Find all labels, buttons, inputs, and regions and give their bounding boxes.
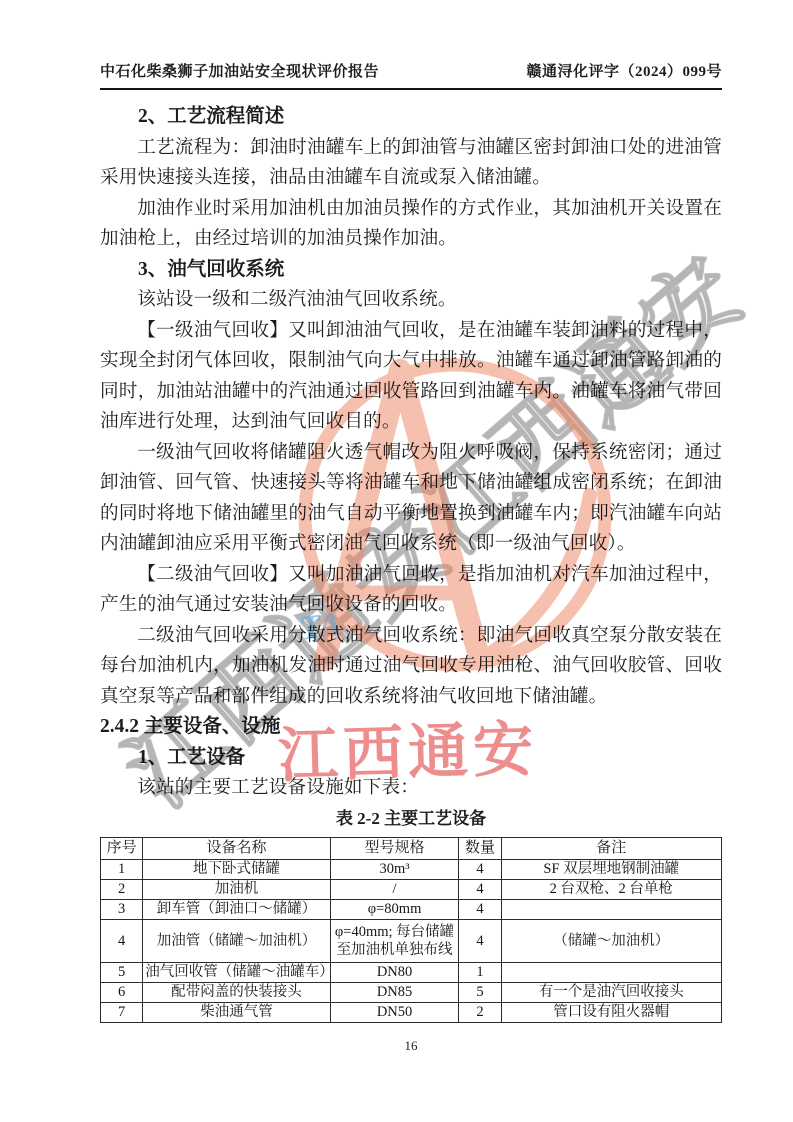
heading-main-equipment: 2.4.2 主要设备、设施 (100, 712, 722, 743)
table-cell: 5 (101, 963, 143, 983)
table-header-cell: 型号规格 (330, 838, 459, 860)
table-cell: 1 (101, 860, 143, 880)
paragraph-table-lead: 该站的主要工艺设备设施如下表： (100, 773, 722, 804)
table-cell: SF 双层埋地钢制油罐 (501, 860, 721, 880)
table-row: 6 配带闷盖的快装接头 DN85 5 有一个是油汽回收接头 (101, 983, 722, 1003)
equipment-table: 序号 设备名称 型号规格 数量 备注 1 地下卧式储罐 30m³ 4 SF 双层… (100, 837, 722, 1023)
paragraph-vapor-intro: 该站设一级和二级汽油油气回收系统。 (100, 285, 722, 316)
table-cell: DN85 (330, 983, 459, 1003)
table-cell: 2 台双枪、2 台单枪 (501, 880, 721, 900)
table-cell: 配带闷盖的快装接头 (143, 983, 331, 1003)
table-cell: DN80 (330, 963, 459, 983)
table-cell: φ=40mm; 每台储罐至加油机单独布线 (330, 920, 459, 963)
table-cell (501, 900, 721, 920)
table-cell: 加油管（储罐～加油机） (143, 920, 331, 963)
table-cell: 4 (101, 920, 143, 963)
paragraph-vapor-stage1-definition: 【一级油气回收】又叫卸油油气回收，是在油罐车装卸油料的过程中，实现全封闭气体回收… (100, 316, 722, 438)
paragraph-process-flow-2: 加油作业时采用加油机由加油员操作的方式作业，其加油机开关设置在加油枪上，由经过培… (100, 194, 722, 255)
table-cell: 地下卧式储罐 (143, 860, 331, 880)
table-cell: / (330, 880, 459, 900)
paragraph-vapor-stage2-definition: 【二级油气回收】又叫加油油气回收，是指加油机对汽车加油过程中，产生的油气通过安装… (100, 560, 722, 621)
table-row: 3 卸车管（卸油口～储罐） φ=80mm 4 (101, 900, 722, 920)
page-header: 中石化柴桑狮子加油站安全现状评价报告 赣通浔化评字（2024）099号 (100, 60, 722, 90)
table-row: 5 油气回收管（储罐～油罐车） DN80 1 (101, 963, 722, 983)
table-cell: 有一个是油汽回收接头 (501, 983, 721, 1003)
heading-process-flow: 2、工艺流程简述 (138, 102, 722, 133)
table-cell: 6 (101, 983, 143, 1003)
table-cell (501, 963, 721, 983)
document-page: 中石化柴桑狮子加油站安全现状评价报告 赣通浔化评字（2024）099号 2、工艺… (0, 0, 793, 1122)
table-cell: 4 (459, 920, 501, 963)
heading-process-equipment: 1、工艺设备 (138, 743, 722, 774)
table-cell: 4 (459, 900, 501, 920)
header-report-title: 中石化柴桑狮子加油站安全现状评价报告 (100, 60, 379, 81)
table-header-cell: 序号 (101, 838, 143, 860)
paragraph-process-flow-1: 工艺流程为：卸油时油罐车上的卸油管与油罐区密封卸油口处的进油管采用快速接头连接，… (100, 133, 722, 194)
table-cell: 5 (459, 983, 501, 1003)
table-cell: 1 (459, 963, 501, 983)
table-row: 2 加油机 / 4 2 台双枪、2 台单枪 (101, 880, 722, 900)
page-content: 中石化柴桑狮子加油站安全现状评价报告 赣通浔化评字（2024）099号 2、工艺… (100, 60, 722, 1054)
header-doc-number: 赣通浔化评字（2024）099号 (526, 60, 722, 81)
table-cell: 加油机 (143, 880, 331, 900)
table-row: 7 柴油通气管 DN50 2 管口设有阻火器帽 (101, 1003, 722, 1023)
table-header-cell: 设备名称 (143, 838, 331, 860)
table-cell: φ=80mm (330, 900, 459, 920)
page-number: 16 (100, 1038, 722, 1054)
paragraph-vapor-stage1-detail: 一级油气回收将储罐阻火透气帽改为阻火呼吸阀，保持系统密闭；通过卸油管、回气管、快… (100, 438, 722, 560)
table-cell: 油气回收管（储罐～油罐车） (143, 963, 331, 983)
table-cell: （储罐～加油机） (501, 920, 721, 963)
table-cell: 2 (101, 880, 143, 900)
table-cell: 7 (101, 1003, 143, 1023)
table-caption: 表 2-2 主要工艺设备 (100, 804, 722, 835)
table-header-row: 序号 设备名称 型号规格 数量 备注 (101, 838, 722, 860)
heading-vapor-recovery: 3、油气回收系统 (138, 255, 722, 286)
table-cell: DN50 (330, 1003, 459, 1023)
table-cell: 30m³ (330, 860, 459, 880)
table-cell: 4 (459, 860, 501, 880)
table-cell: 3 (101, 900, 143, 920)
table-cell: 2 (459, 1003, 501, 1023)
table-cell: 柴油通气管 (143, 1003, 331, 1023)
table-header-cell: 数量 (459, 838, 501, 860)
table-row: 4 加油管（储罐～加油机） φ=40mm; 每台储罐至加油机单独布线 4 （储罐… (101, 920, 722, 963)
table-cell: 4 (459, 880, 501, 900)
paragraph-vapor-stage2-detail: 二级油气回收采用分散式油气回收系统：即油气回收真空泵分散安装在每台加油机内，加油… (100, 621, 722, 713)
table-cell: 管口设有阻火器帽 (501, 1003, 721, 1023)
table-header-cell: 备注 (501, 838, 721, 860)
table-row: 1 地下卧式储罐 30m³ 4 SF 双层埋地钢制油罐 (101, 860, 722, 880)
table-cell: 卸车管（卸油口～储罐） (143, 900, 331, 920)
